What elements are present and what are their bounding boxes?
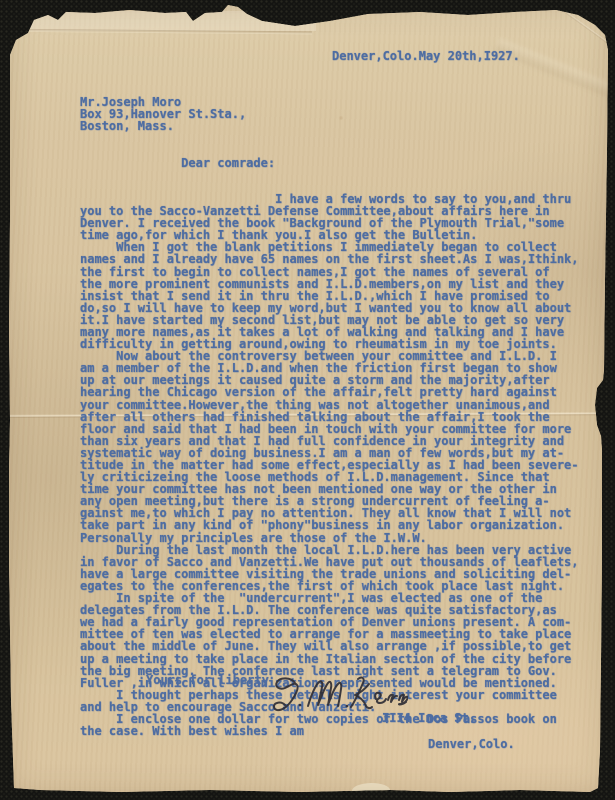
signature-stroke-k-arm <box>355 684 372 708</box>
recipient-address: Mr.Joseph Moro Box 93,Hanover St.Sta., B… <box>80 96 579 132</box>
signature-stroke-r2-flourish <box>399 695 408 705</box>
signature-stroke-r1 <box>388 695 397 702</box>
signature <box>268 676 408 712</box>
signature-dot <box>299 704 302 707</box>
closing-line: Yours for liberty <box>146 674 269 686</box>
signature-stroke-e <box>375 693 386 703</box>
date-line: Denver,Colo.May 20th,I927. <box>332 50 520 62</box>
top-tear-crease <box>6 29 312 35</box>
letter-page: Denver,Colo.May 20th,I927. Mr.Joseph Mor… <box>0 0 615 800</box>
bottom-edge-chip <box>352 783 390 794</box>
sender-street: III4 Inca St. <box>382 712 476 724</box>
signature-dot <box>346 705 349 708</box>
corner-crease <box>545 0 615 57</box>
signature-stroke-j <box>274 678 298 710</box>
letter-text-column: Mr.Joseph Moro Box 93,Hanover St.Sta., B… <box>80 72 579 761</box>
letter-body: I have a few words to say to you,and thr… <box>80 193 579 737</box>
signature-stroke-m <box>308 681 341 706</box>
top-light-band <box>8 11 316 31</box>
salutation: Dear comrade: <box>80 157 579 169</box>
sender-city: Denver,Colo. <box>428 738 515 750</box>
scan-backdrop: Denver,Colo.May 20th,I927. Mr.Joseph Mor… <box>0 0 615 800</box>
